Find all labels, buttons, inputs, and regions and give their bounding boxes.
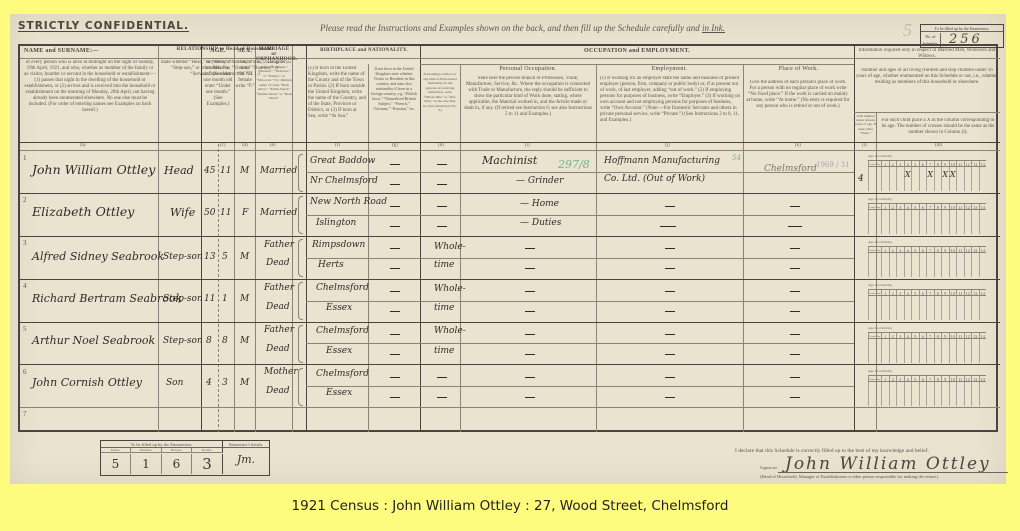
- total-children: 4: [858, 174, 864, 184]
- employment-code: 54: [732, 154, 741, 162]
- person-name: Elizabeth Ottley: [32, 204, 134, 219]
- industry-code: 1969 / 31: [816, 161, 850, 169]
- confidential-heading: STRICTLY CONFIDENTIAL.: [18, 20, 189, 32]
- row-number: 7: [23, 410, 27, 418]
- persons-count: 6: [162, 454, 192, 474]
- person-name: Richard Bertram Seabrook: [32, 292, 182, 305]
- person-name: John Cornish Ottley: [32, 376, 142, 389]
- person-name: John William Ottley: [32, 162, 155, 177]
- signature: John William Ottley: [785, 454, 991, 474]
- females-count: 1: [131, 454, 162, 474]
- header-sex: SEX.: [235, 48, 255, 54]
- rooms-count: 3: [192, 454, 223, 474]
- enumerator-initials: Jm.: [223, 453, 269, 466]
- person-name: Alfred Sidney Seabrook: [32, 250, 164, 263]
- header-name: NAME and SURNAME:—: [24, 48, 99, 54]
- enumerator-box: To be filled up by the Enumerator. Enume…: [100, 440, 270, 476]
- person-name: Arthur Noel Seabrook: [32, 334, 155, 347]
- occupation-code: 297/8: [558, 158, 590, 171]
- header-occupation: OCCUPATION and EMPLOYMENT.: [420, 48, 854, 54]
- census-schedule-sheet: STRICTLY CONFIDENTIAL. Please read the I…: [10, 14, 1006, 484]
- form-instruction: Please read the Instructions and Example…: [320, 23, 725, 33]
- image-caption: 1921 Census : John William Ottley : 27, …: [0, 498, 1020, 514]
- males-count: 5: [101, 454, 131, 474]
- header-age: AGE.: [202, 48, 234, 54]
- header-birthplace: BIRTHPLACE and NATIONALITY.: [308, 48, 420, 53]
- census-table: NAME and SURNAME:— of every person who i…: [18, 44, 998, 432]
- pencil-mark: 5: [903, 20, 912, 41]
